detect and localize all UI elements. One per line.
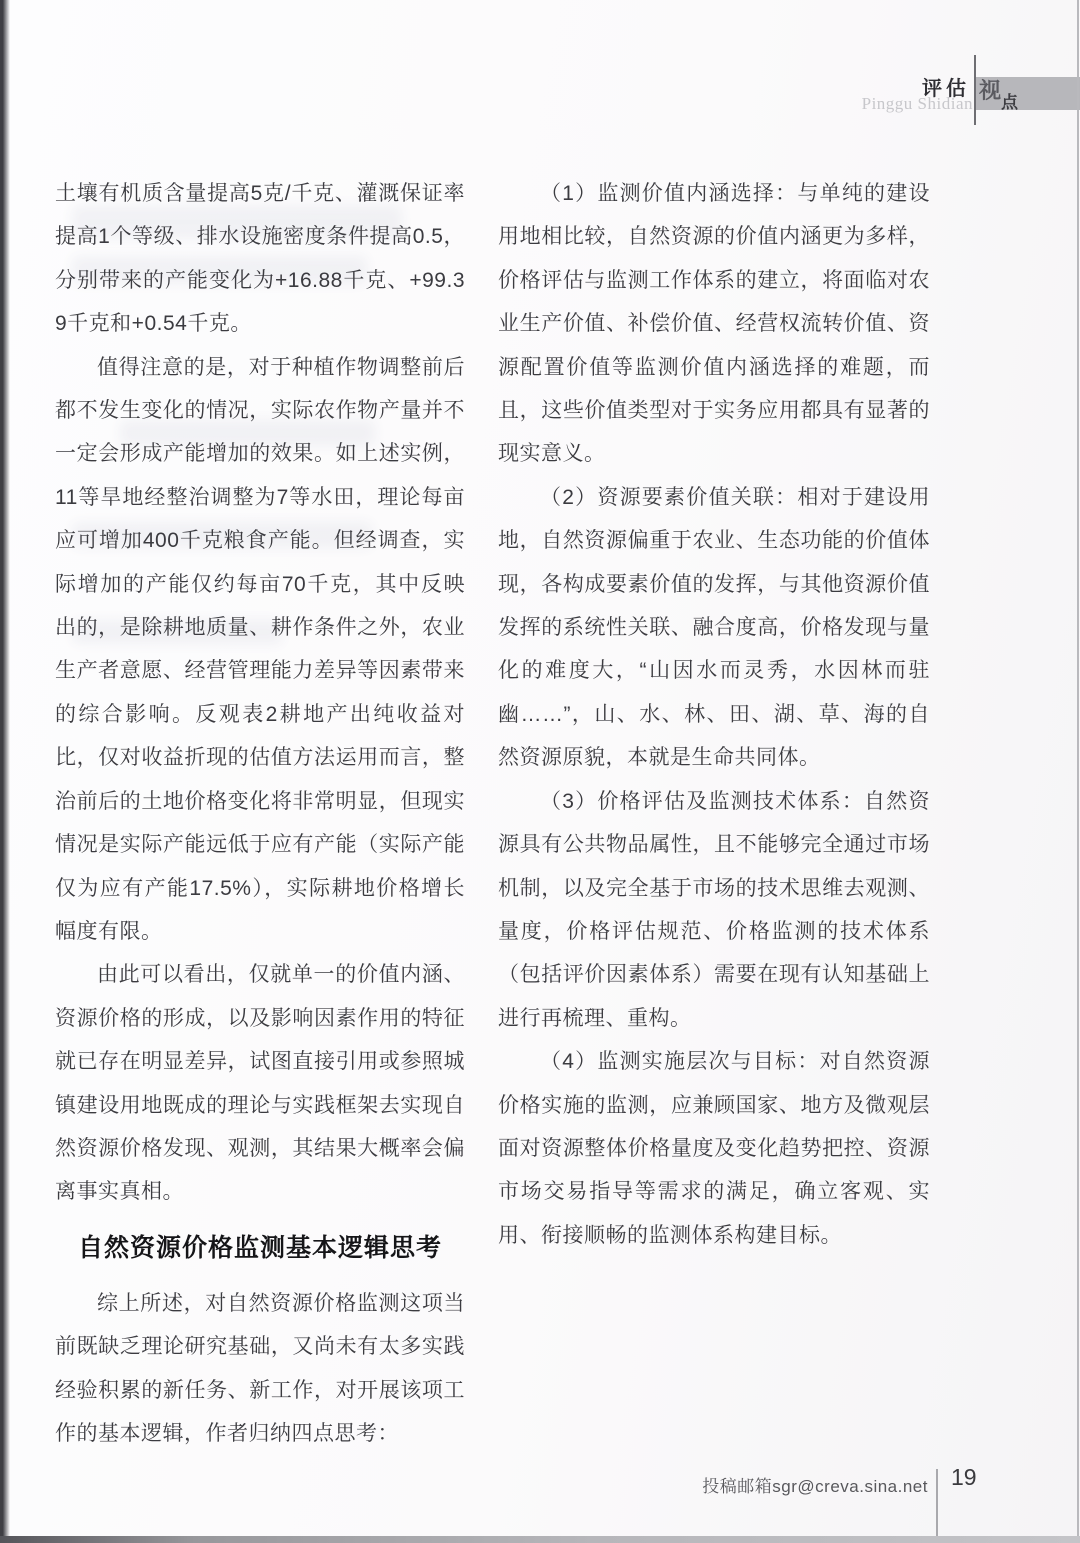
- submission-email: 投稿邮箱sgr@creva.sina.net: [702, 1472, 928, 1497]
- section-heading: 自然资源价格监测基本逻辑思考: [55, 1228, 465, 1268]
- paragraph: 综上所述，对自然资源价格监测这项当前既缺乏理论研究基础，又尚未有太多实践经验积累…: [55, 1282, 465, 1456]
- section-title-band-char-2: 点: [1001, 88, 1018, 113]
- paragraph: （1）监测价值内涵选择：与单纯的建设用地相比较，自然资源的价值内涵更为多样，价格…: [498, 172, 930, 476]
- section-title-band-char-1: 视: [979, 74, 1001, 105]
- paragraph: 土壤有机质含量提高5克/千克、灌溉保证率提高1个等级、排水设施密度条件提高0.5…: [55, 172, 465, 346]
- paragraph: （2）资源要素价值关联：相对于建设用地，自然资源偏重于农业、生态功能的价值体现，…: [498, 476, 930, 780]
- scanned-journal-page: 评估 视 点 Pinggu Shidian 土壤有机质含量提高5克/千克、灌溉保…: [0, 0, 1080, 1543]
- footer-divider-line: [936, 1469, 938, 1543]
- page-left-edge-shadow: [0, 0, 10, 1543]
- paragraph: （4）监测实施层次与目标：对自然资源价格实施的监测，应兼顾国家、地方及微观层面对…: [498, 1040, 930, 1257]
- right-column: （1）监测价值内涵选择：与单纯的建设用地相比较，自然资源的价值内涵更为多样，价格…: [498, 172, 930, 1257]
- paragraph: 由此可以看出，仅就单一的价值内涵、资源价格的形成，以及影响因素作用的特征就已存在…: [55, 953, 465, 1213]
- section-subtitle-pinyin: Pinggu Shidian: [862, 94, 973, 114]
- page-right-edge-line: [1077, 0, 1079, 1543]
- header-divider-line: [974, 55, 976, 125]
- page-bottom-edge-strip: [0, 1536, 1080, 1543]
- paragraph: 值得注意的是，对于种植作物调整前后都不发生变化的情况，实际农作物产量并不一定会形…: [55, 346, 465, 954]
- paragraph: （3）价格评估及监测技术体系：自然资源具有公共物品属性，且不能够完全通过市场机制…: [498, 780, 930, 1040]
- left-column: 土壤有机质含量提高5克/千克、灌溉保证率提高1个等级、排水设施密度条件提高0.5…: [55, 172, 465, 1455]
- page-number: 19: [951, 1464, 977, 1491]
